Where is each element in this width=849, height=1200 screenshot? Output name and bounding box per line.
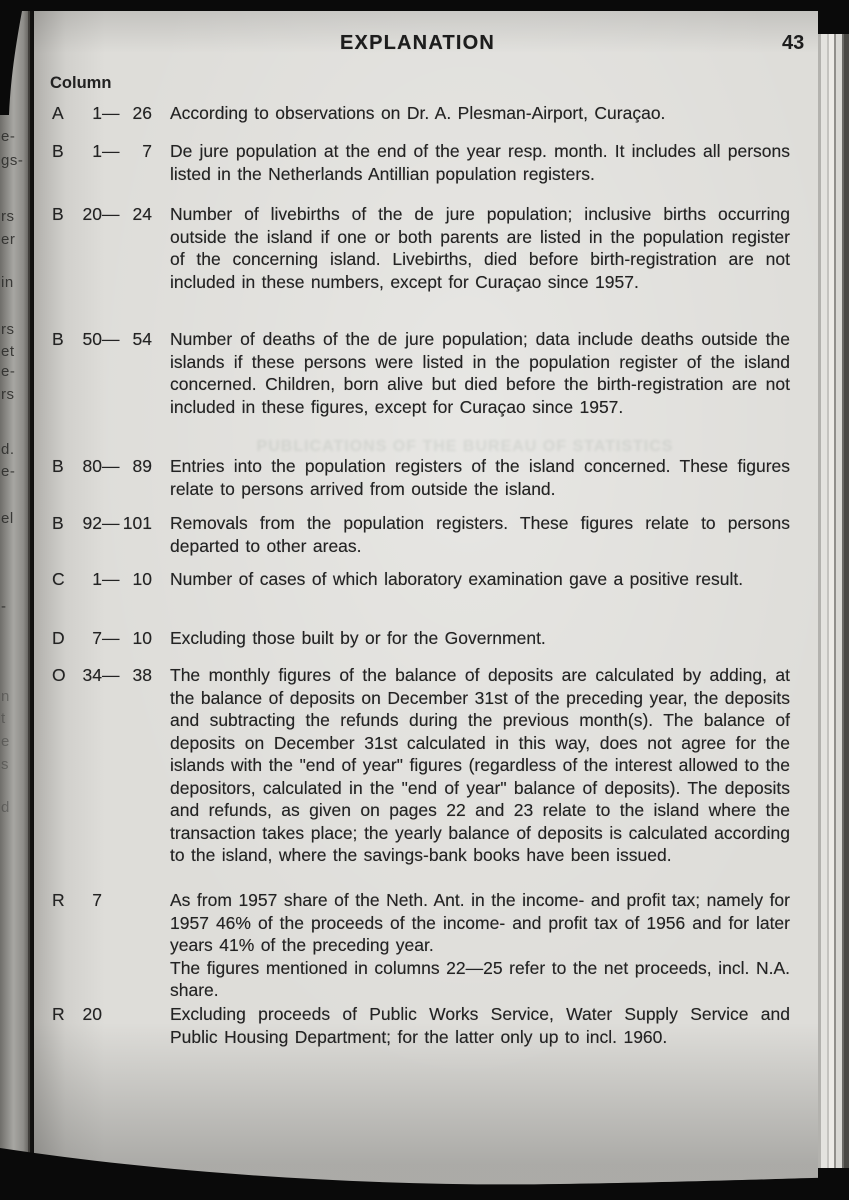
column-to: 38: [118, 664, 152, 687]
range-dash: —: [102, 140, 118, 163]
column-from: 7: [78, 889, 102, 912]
range-dash: —: [102, 664, 118, 687]
range-dash: —: [102, 455, 118, 478]
range-dash: —: [102, 328, 118, 351]
column-from: 1: [78, 102, 102, 125]
cutoff-text-fragment: s: [1, 756, 9, 773]
column-code: O34—38: [52, 664, 152, 687]
cutoff-text-fragment: rs: [1, 386, 15, 403]
note-paragraph: The monthly figures of the balance of de…: [170, 664, 790, 867]
column-note-text: De jure population at the end of the yea…: [170, 140, 790, 185]
column-code: B50—54: [52, 328, 152, 351]
column-letter: R: [52, 889, 78, 912]
range-dash: —: [102, 102, 118, 125]
bottom-scan-border: [0, 1132, 849, 1200]
column-note-text: Removals from the population registers. …: [170, 512, 790, 557]
bleed-through-text: PUBLICATIONS OF THE BUREAU OF STATISTICS: [185, 438, 745, 456]
column-letter: D: [52, 627, 78, 650]
cutoff-text-fragment: e-: [1, 363, 15, 380]
column-to: 26: [118, 102, 152, 125]
range-dash: [102, 1003, 118, 1026]
column-letter: B: [52, 140, 78, 163]
column-note-text: Excluding those built by or for the Gove…: [170, 627, 790, 650]
column-letter: R: [52, 1003, 78, 1026]
column-code: R20: [52, 1003, 152, 1026]
note-paragraph: As from 1957 share of the Neth. Ant. in …: [170, 889, 790, 957]
column-note-text: Number of deaths of the de jure populati…: [170, 328, 790, 418]
column-to: [118, 889, 152, 912]
column-from: 34: [78, 664, 102, 687]
book-photo: e-gs-rserinrsete-rsd.e-el-ntesd EXPLANAT…: [0, 0, 849, 1200]
column-from: 50: [78, 328, 102, 351]
column-from: 7: [78, 627, 102, 650]
note-paragraph: Number of livebirths of the de jure popu…: [170, 203, 790, 293]
column-from: 20: [78, 1003, 102, 1026]
column-to: 101: [118, 512, 152, 535]
note-paragraph: According to observations on Dr. A. Ples…: [170, 102, 790, 125]
top-scan-border: [0, 0, 849, 11]
column-code: C1—10: [52, 568, 152, 591]
cutoff-text-fragment: er: [1, 231, 15, 248]
column-code: B92—101: [52, 512, 152, 535]
note-paragraph: Entries into the population registers of…: [170, 455, 790, 500]
cutoff-text-fragment: el: [1, 510, 14, 527]
column-note-text: As from 1957 share of the Neth. Ant. in …: [170, 889, 790, 1002]
column-code: B20—24: [52, 203, 152, 226]
column-note-text: According to observations on Dr. A. Ples…: [170, 102, 790, 125]
range-dash: —: [102, 627, 118, 650]
column-note-text: Number of cases of which laboratory exam…: [170, 568, 790, 591]
column-letter: B: [52, 512, 78, 535]
top-left-scan-corner: [0, 0, 30, 115]
column-heading: Column: [50, 74, 111, 93]
column-to: 10: [118, 627, 152, 650]
range-dash: [102, 889, 118, 912]
column-note-text: Excluding proceeds of Public Works Servi…: [170, 1003, 790, 1048]
column-note-text: The monthly figures of the balance of de…: [170, 664, 790, 867]
cutoff-text-fragment: n: [1, 688, 10, 705]
column-from: 1: [78, 140, 102, 163]
range-dash: —: [102, 512, 118, 535]
column-from: 80: [78, 455, 102, 478]
column-from: 92: [78, 512, 102, 535]
column-code: B1—7: [52, 140, 152, 163]
column-code: B80—89: [52, 455, 152, 478]
cutoff-text-fragment: e-: [1, 463, 15, 480]
column-letter: A: [52, 102, 78, 125]
left-page-edge: e-gs-rserinrsete-rsd.e-el-ntesd: [0, 0, 30, 1200]
column-letter: B: [52, 328, 78, 351]
column-to: 24: [118, 203, 152, 226]
cutoff-text-fragment: d.: [1, 441, 15, 458]
column-letter: C: [52, 568, 78, 591]
column-to: 10: [118, 568, 152, 591]
column-letter: B: [52, 455, 78, 478]
column-letter: O: [52, 664, 78, 687]
column-from: 20: [78, 203, 102, 226]
note-paragraph: Excluding those built by or for the Gove…: [170, 627, 790, 650]
note-paragraph: The figures mentioned in columns 22—25 r…: [170, 957, 790, 1002]
column-to: [118, 1003, 152, 1026]
column-note-text: Number of livebirths of the de jure popu…: [170, 203, 790, 293]
range-dash: —: [102, 203, 118, 226]
cutoff-text-fragment: e-: [1, 128, 15, 145]
column-from: 1: [78, 568, 102, 591]
cutoff-text-fragment: rs: [1, 321, 15, 338]
page-number: 43: [782, 32, 804, 55]
column-code: D7—10: [52, 627, 152, 650]
column-to: 89: [118, 455, 152, 478]
note-paragraph: De jure population at the end of the yea…: [170, 140, 790, 185]
cutoff-text-fragment: d: [1, 799, 10, 816]
cutoff-text-fragment: in: [1, 274, 14, 291]
cutoff-text-fragment: -: [1, 598, 7, 615]
column-letter: B: [52, 203, 78, 226]
column-code: R7: [52, 889, 152, 912]
note-paragraph: Number of deaths of the de jure populati…: [170, 328, 790, 418]
cutoff-text-fragment: gs-: [1, 152, 23, 169]
range-dash: —: [102, 568, 118, 591]
note-paragraph: Removals from the population registers. …: [170, 512, 790, 557]
cutoff-text-fragment: et: [1, 343, 15, 360]
note-paragraph: Number of cases of which laboratory exam…: [170, 568, 790, 591]
cutoff-text-fragment: rs: [1, 208, 15, 225]
note-paragraph: Excluding proceeds of Public Works Servi…: [170, 1003, 790, 1048]
cutoff-text-fragment: t: [1, 710, 6, 727]
cutoff-text-fragment: e: [1, 733, 10, 750]
column-to: 7: [118, 140, 152, 163]
column-note-text: Entries into the population registers of…: [170, 455, 790, 500]
page-title: EXPLANATION: [340, 32, 495, 55]
column-code: A1—26: [52, 102, 152, 125]
right-page-edges: [818, 0, 849, 1200]
column-to: 54: [118, 328, 152, 351]
